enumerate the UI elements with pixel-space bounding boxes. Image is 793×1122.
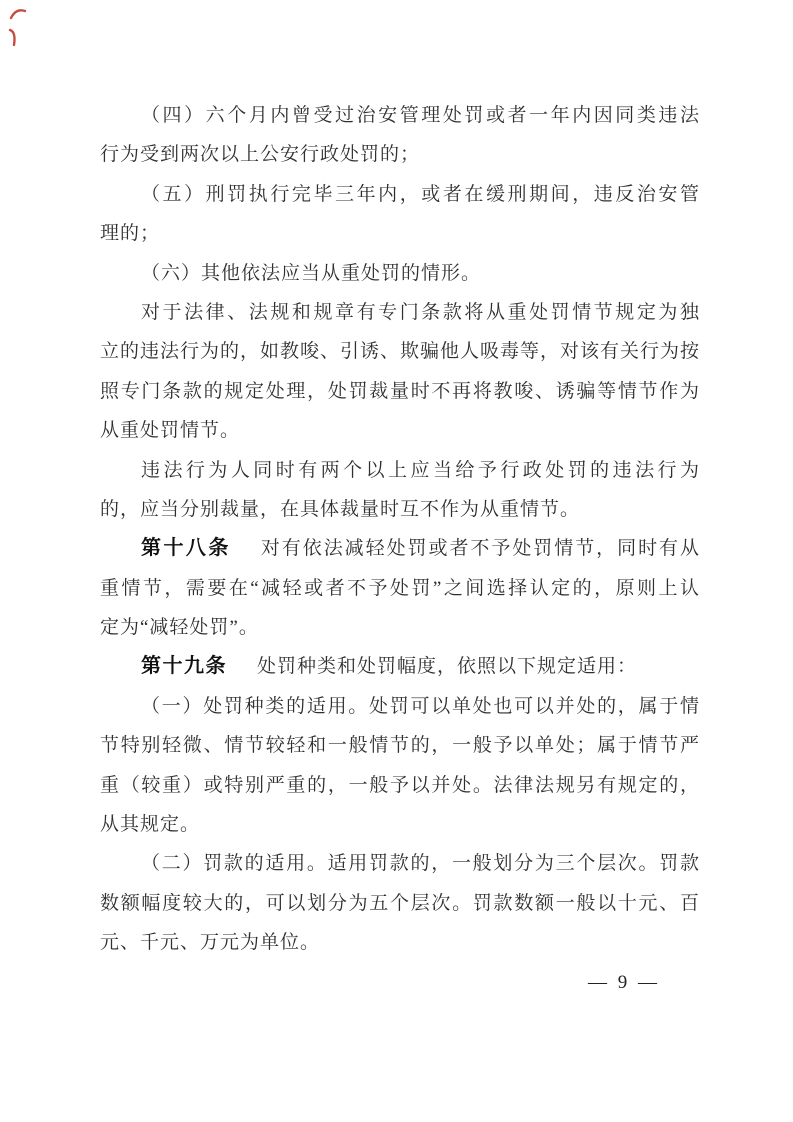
paragraph-line: 理的； [100, 214, 700, 253]
paragraph-line: （一）处罚种类的适用。处罚可以单处也可以并处的，属于情 [100, 687, 700, 726]
line-text: （一）处罚种类的适用。处罚可以单处也可以并处的，属于情 [141, 696, 700, 717]
paragraph-line: 重（较重）或特别严重的，一般予以并处。法律法规另有规定的， [100, 766, 700, 805]
paragraph-line: 违法行为人同时有两个以上应当给予行政处罚的违法行为 [100, 451, 700, 490]
paragraph-line: （六）其他依法应当从重处罚的情形。 [100, 254, 700, 293]
paragraph-line: 从重处罚情节。 [100, 411, 700, 450]
paragraph-line-article-18: 第十八条对有依法减轻处罚或者不予处罚情节，同时有从 [100, 529, 700, 568]
paragraph-line: 行为受到两次以上公安行政处罚的； [100, 135, 700, 174]
paragraph-line: 元、千元、万元为单位。 [100, 923, 700, 962]
document-page: （四）六个月内曾受过治安管理处罚或者一年内因同类违法 行为受到两次以上公安行政处… [0, 0, 793, 1122]
line-text: 元、千元、万元为单位。 [100, 932, 320, 953]
paragraph-line: （四）六个月内曾受过治安管理处罚或者一年内因同类违法 [100, 96, 700, 135]
line-text: （二）罚款的适用。适用罚款的，一般划分为三个层次。罚款 [141, 853, 700, 874]
paragraph-line: 重情节，需要在“减轻或者不予处罚”之间选择认定的，原则上认 [100, 569, 700, 608]
line-text: 重（较重）或特别严重的，一般予以并处。法律法规另有规定的， [100, 775, 700, 796]
line-text: 从重处罚情节。 [100, 420, 240, 441]
paragraph-line: 数额幅度较大的，可以划分为五个层次。罚款数额一般以十元、百 [100, 884, 700, 923]
line-text: 违法行为人同时有两个以上应当给予行政处罚的违法行为 [141, 460, 700, 481]
line-text: （六）其他依法应当从重处罚的情形。 [141, 263, 481, 284]
line-text: 定为“减轻处罚”。 [100, 617, 259, 638]
line-text: 对有依法减轻处罚或者不予处罚情节，同时有从 [261, 538, 700, 559]
line-text: 立的违法行为的，如教唆、引诱、欺骗他人吸毒等，对该有关行为按 [100, 341, 700, 362]
line-text: 对于法律、法规和规章有专门条款将从重处罚情节规定为独 [141, 302, 700, 323]
paragraph-line: （五）刑罚执行完毕三年内，或者在缓刑期间，违反治安管 [100, 175, 700, 214]
paragraph-line: 照专门条款的规定处理，处罚裁量时不再将教唆、诱骗等情节作为 [100, 372, 700, 411]
paragraph-line: 立的违法行为的，如教唆、引诱、欺骗他人吸毒等，对该有关行为按 [100, 332, 700, 371]
line-text: 数额幅度较大的，可以划分为五个层次。罚款数额一般以十元、百 [100, 893, 700, 914]
line-text: （五）刑罚执行完毕三年内，或者在缓刑期间，违反治安管 [141, 184, 700, 205]
article-number: 第十八条 [141, 537, 231, 559]
paragraph-line-article-19: 第十九条处罚种类和处罚幅度，依照以下规定适用： [100, 647, 700, 686]
paragraph-line: 从其规定。 [100, 805, 700, 844]
article-number: 第十九条 [141, 655, 227, 677]
line-text: （四）六个月内曾受过治安管理处罚或者一年内因同类违法 [141, 105, 700, 126]
line-text: 节特别轻微、情节较轻和一般情节的，一般予以单处；属于情节严 [100, 735, 700, 756]
red-pen-mark-icon [7, 4, 37, 50]
paragraph-line: 定为“减轻处罚”。 [100, 608, 700, 647]
line-text: 处罚种类和处罚幅度，依照以下规定适用： [257, 656, 637, 677]
text-block: （四）六个月内曾受过治安管理处罚或者一年内因同类违法 行为受到两次以上公安行政处… [100, 96, 700, 963]
line-text: 行为受到两次以上公安行政处罚的； [100, 144, 420, 165]
line-text: 理的； [100, 223, 160, 244]
line-text: 从其规定。 [100, 814, 200, 835]
paragraph-line: 节特别轻微、情节较轻和一般情节的，一般予以单处；属于情节严 [100, 726, 700, 765]
page-number: — 9 — [588, 972, 660, 994]
paragraph-line: （二）罚款的适用。适用罚款的，一般划分为三个层次。罚款 [100, 844, 700, 883]
line-text: 的，应当分别裁量，在具体裁量时互不作为从重情节。 [100, 499, 580, 520]
paragraph-line: 对于法律、法规和规章有专门条款将从重处罚情节规定为独 [100, 293, 700, 332]
line-text: 照专门条款的规定处理，处罚裁量时不再将教唆、诱骗等情节作为 [100, 381, 700, 402]
paragraph-line: 的，应当分别裁量，在具体裁量时互不作为从重情节。 [100, 490, 700, 529]
line-text: 重情节，需要在“减轻或者不予处罚”之间选择认定的，原则上认 [100, 578, 700, 599]
